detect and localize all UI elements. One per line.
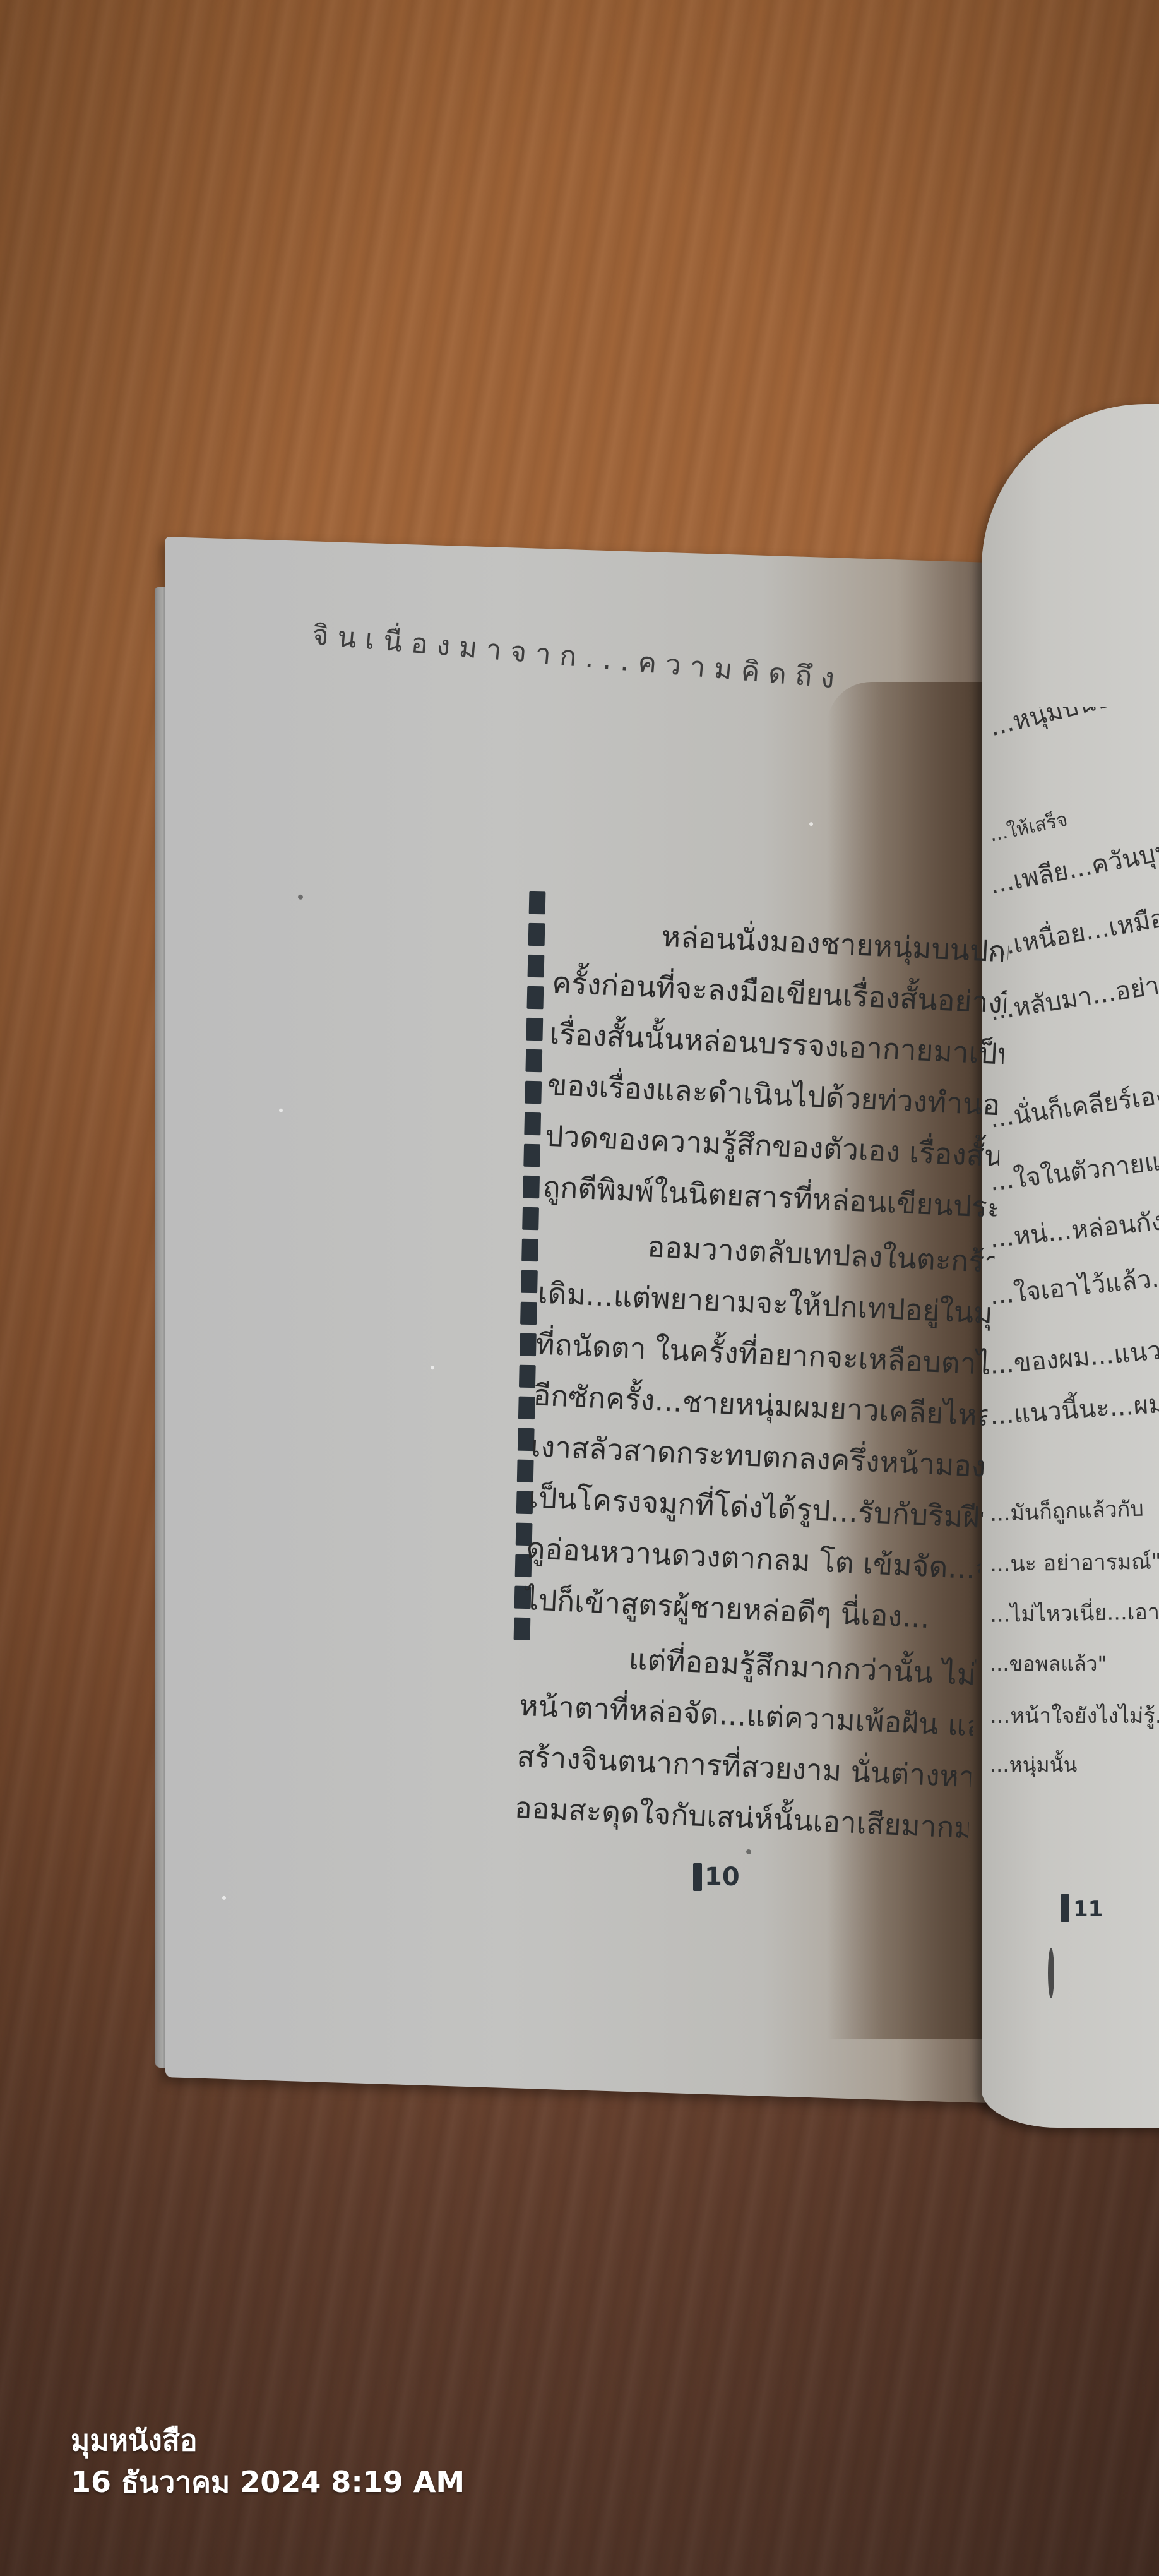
text-fragment: ...หนุ่มบนปกเทปอีกครั้ง bbox=[990, 707, 1159, 747]
page-number-bar-icon bbox=[693, 1863, 702, 1891]
ink-mark bbox=[1048, 1948, 1054, 1998]
page-number-bar-icon bbox=[1061, 1894, 1069, 1922]
text-fragment: ...หนุ่มนั้น bbox=[990, 1749, 1077, 1781]
text-fragment: ...หน่...หล่อนกังวลไม่ bbox=[990, 1195, 1159, 1259]
photo-watermark: มุมหนังสือ 16 ธันวาคม 2024 8:19 AM bbox=[71, 2419, 465, 2503]
text-fragment: ...มันก็ถูกแล้วกับ bbox=[990, 1491, 1144, 1530]
text-fragment: ...นะ อย่าอารมณ์" bbox=[990, 1544, 1159, 1581]
text-fragment: ...ให้เสร็จ bbox=[990, 804, 1070, 850]
text-fragment: ...หน้าใจยังไงไม่รู้...อ bbox=[990, 1698, 1159, 1732]
text-fragment: ...ใจในตัวกายแล้ว...เ bbox=[990, 1133, 1159, 1202]
right-page-text: ...หนุ่มบนปกเทปอีกครั้ง ...ให้เสร็จ ...เ… bbox=[990, 707, 1159, 1907]
text-fragment: ...ขอพลแล้ว" bbox=[990, 1648, 1107, 1680]
page-number-value: 11 bbox=[1073, 1897, 1103, 1922]
text-fragment: ...ใจเอาไว้แล้ว...มันก็ไม่ bbox=[990, 1248, 1159, 1315]
text-fragment: ...ไม่ไหวเนี่ย...เอาเถอะ bbox=[990, 1594, 1159, 1631]
left-page-body-text: หล่อนนั่งมองชายหนุ่มบนปกเทปอีก ครั้งก่อน… bbox=[513, 906, 1009, 1854]
text-fragment: ...นั่นก็เคลียร์เอง...กั bbox=[990, 1068, 1159, 1139]
page-number-left: 10 bbox=[693, 1863, 740, 1892]
watermark-datetime: 16 ธันวาคม 2024 8:19 AM bbox=[71, 2461, 465, 2503]
watermark-title: มุมหนังสือ bbox=[71, 2419, 465, 2461]
text-fragment: ...หลับมา...อย่างไม่ได bbox=[990, 953, 1159, 1031]
text-fragment: ...ของผม...แนวคนตรีบ bbox=[990, 1323, 1159, 1385]
page-number-right: 11 bbox=[1061, 1894, 1103, 1922]
page-number-value: 10 bbox=[704, 1863, 740, 1892]
text-fragment: ...แนวนี้นะ...ผมทำไม่ได้ bbox=[990, 1377, 1159, 1436]
